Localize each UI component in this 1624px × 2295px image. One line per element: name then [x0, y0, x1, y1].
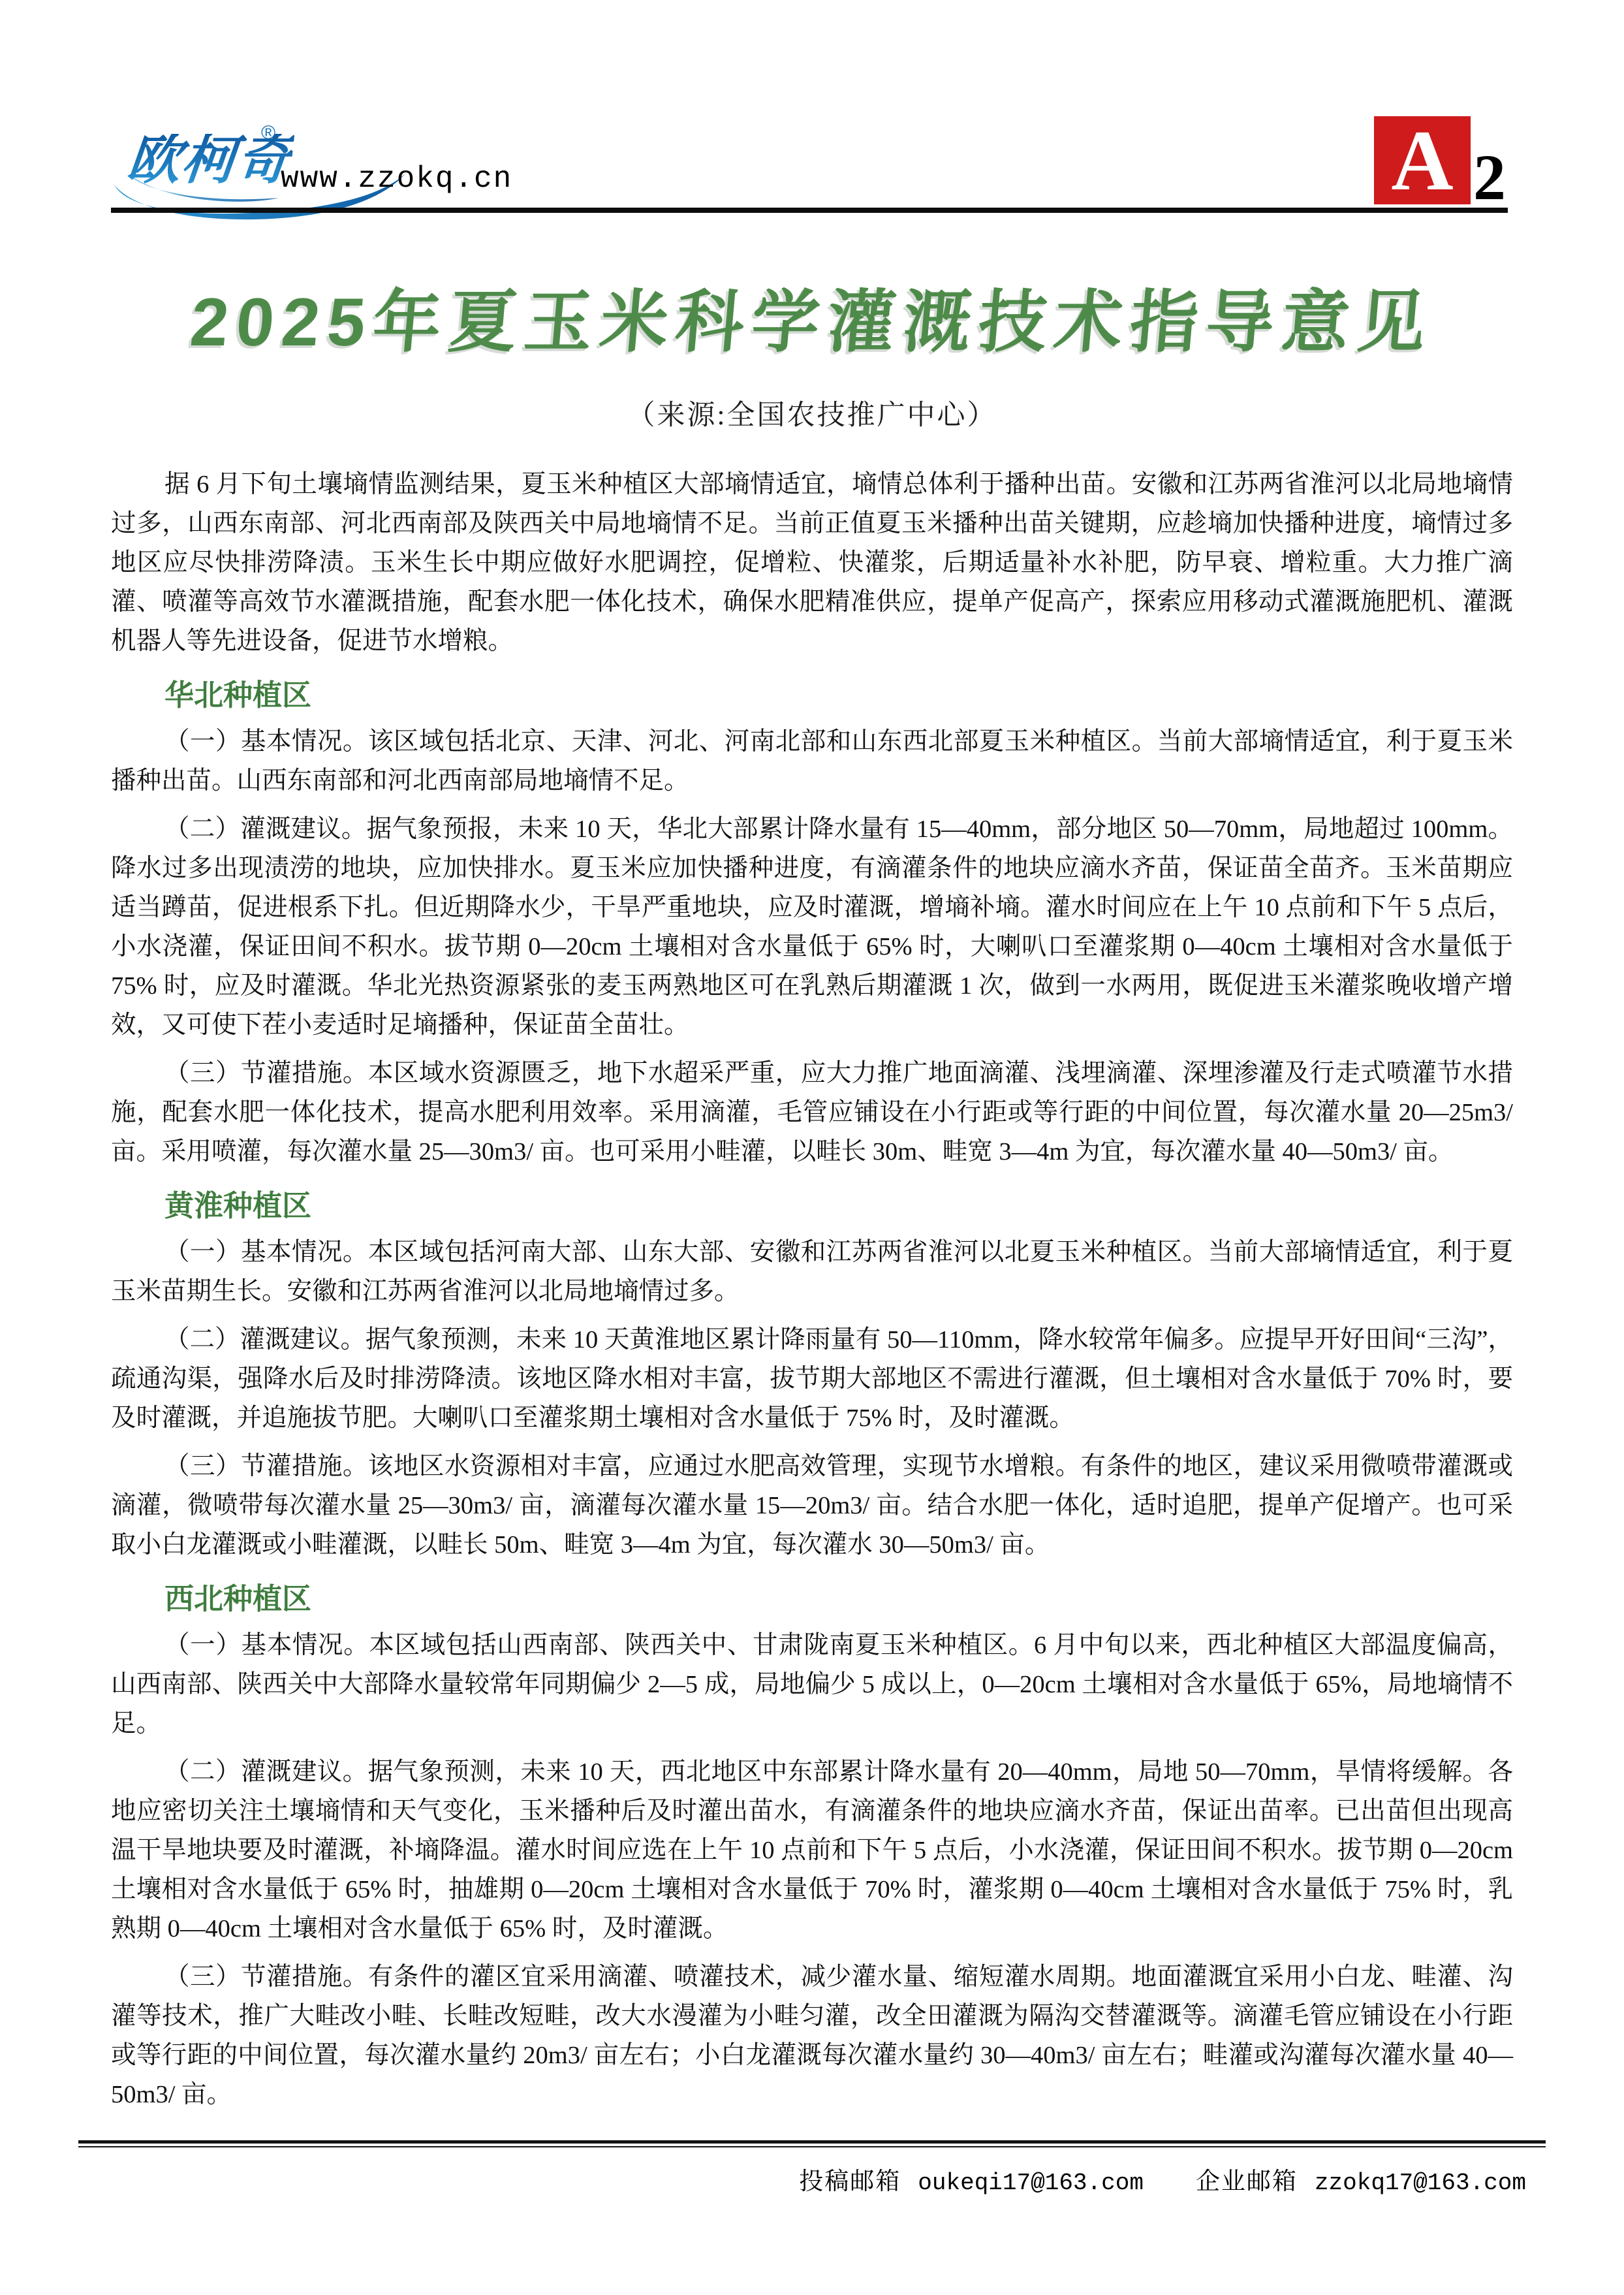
company-email: zzokq17@163.com [1315, 2170, 1526, 2196]
paragraph: （一）基本情况。本区域包括河南大部、山东大部、安徽和江苏两省淮河以北夏玉米种植区… [111, 1233, 1513, 1311]
article-source: （来源:全国农技推广中心） [0, 393, 1624, 433]
paragraph: （一）基本情况。本区域包括山西南部、陕西关中、甘肃陇南夏玉米种植区。6 月中旬以… [111, 1626, 1513, 1743]
registered-trademark-icon: ® [261, 122, 275, 144]
paragraph: （三）节灌措施。本区域水资源匮乏，地下水超采严重，应大力推广地面滴灌、浅埋滴灌、… [111, 1054, 1513, 1171]
header-divider [111, 208, 1508, 213]
paragraph: （二）灌溉建议。据气象预报，未来 10 天，华北大部累计降水量有 15—40mm… [111, 810, 1513, 1045]
paragraph: （三）节灌措施。有条件的灌区宜采用滴灌、喷灌技术，减少灌水量、缩短灌水周期。地面… [111, 1957, 1513, 2114]
website-url: www.zzokq.cn [281, 162, 512, 196]
section-heading-huabei: 华北种植区 [111, 676, 1513, 714]
paragraph: （二）灌溉建议。据气象预测，未来 10 天黄淮地区累计降雨量有 50—110mm… [111, 1320, 1513, 1438]
company-email-label: 企业邮箱 [1196, 2161, 1298, 2196]
page-code-letter: A [1391, 118, 1453, 204]
page-code: A 2 [1374, 116, 1506, 204]
paragraph: （三）节灌措施。该地区水资源相对丰富，应通过水肥高效管理，实现节水增粮。有条件的… [111, 1447, 1513, 1564]
section-heading-xibei: 西北种植区 [111, 1580, 1513, 1618]
submission-email-label: 投稿邮箱 [799, 2161, 901, 2196]
page-code-number: 2 [1473, 151, 1506, 204]
article-body: 据 6 月下旬土壤墒情监测结果，夏玉米种植区大部墒情适宜，墒情总体利于播种出苗。… [111, 465, 1513, 2123]
article-title: 2025年夏玉米科学灌溉技术指导意见 [55, 284, 1569, 361]
intro-paragraph: 据 6 月下旬土壤墒情监测结果，夏玉米种植区大部墒情适宜，墒情总体利于播种出苗。… [111, 465, 1513, 661]
submission-email: oukeqi17@163.com [918, 2170, 1144, 2196]
paragraph: （二）灌溉建议。据气象预测，未来 10 天，西北地区中东部累计降水量有 20—4… [111, 1752, 1513, 1948]
paragraph: （一）基本情况。该区域包括北京、天津、河北、河南北部和山东西北部夏玉米种植区。当… [111, 722, 1513, 800]
newspaper-page: 欧柯奇 ® www.zzokq.cn A 2 2025年夏玉米科学灌溉技术指导意… [0, 0, 1624, 2295]
footer-divider [78, 2140, 1546, 2147]
page-header: 欧柯奇 ® www.zzokq.cn A 2 [0, 0, 1624, 222]
page-code-box: A [1374, 116, 1471, 204]
footer-contacts: 投稿邮箱 oukeqi17@163.com 企业邮箱 zzokq17@163.c… [799, 2161, 1526, 2196]
section-heading-huanghuai: 黄淮种植区 [111, 1187, 1513, 1225]
